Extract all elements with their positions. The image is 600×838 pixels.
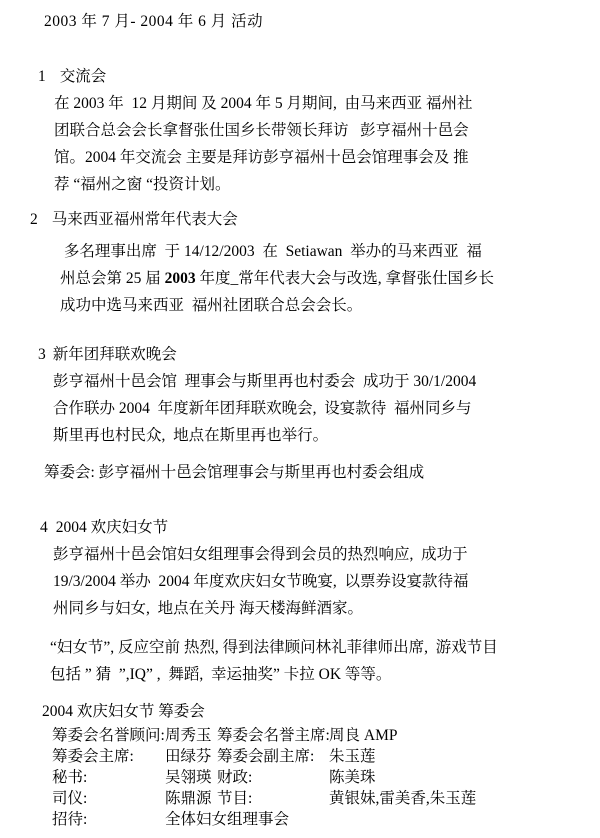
committee-role-name: 周秀玉: [165, 725, 217, 746]
section-3-heading: 3新年团拜联欢晚会: [0, 341, 600, 368]
section-3-title: 新年团拜联欢晚会: [53, 346, 177, 363]
committee-role-label: 筹委会名誉顾问:: [52, 725, 165, 746]
section-exchange-meeting: 1交流会 在 2003 年 12 月期间 及 2004 年 5 月期间, 由马来…: [0, 63, 600, 198]
section-4-paragraph: 彭亨福州十邑会馆妇女组理事会得到会员的热烈响应, 成功于 19/3/2004 举…: [53, 541, 600, 622]
committee-role-label: 节目:: [217, 788, 329, 809]
section-2-title: 马来西亚福州常年代表大会: [52, 211, 238, 228]
committee-role-label: 筹委会名誉主席:: [217, 725, 329, 746]
womens-day-response-note: “妇女节”, 反应空前 热烈, 得到法律顾问林礼菲律师出席, 游戏节目 包括 ”…: [50, 634, 600, 688]
section-1-paragraph: 在 2003 年 12 月期间 及 2004 年 5 月期间, 由马来西亚 福州…: [54, 90, 600, 198]
committee-role-label: 司仪:: [52, 788, 165, 809]
document-title: 2003 年 7 月- 2004 年 6 月 活动: [44, 8, 600, 35]
section-1-title: 交流会: [60, 68, 107, 85]
section-womens-day: 42004 欢庆妇女节 彭亨福州十邑会馆妇女组理事会得到会员的热烈响应, 成功于…: [0, 514, 600, 622]
section-2-paragraph: 多名理事出席 于 14/12/2003 在 Setiawan 举办的马来西亚 福…: [60, 238, 600, 319]
committee-title: 2004 欢庆妇女节 筹委会: [42, 702, 600, 722]
organizing-committee-note: 筹委会: 彭亨福州十邑会馆理事会与斯里再也村委会组成: [44, 459, 600, 486]
committee-role-label: 财政:: [217, 767, 329, 788]
committee-role-label: 招待:: [52, 809, 165, 830]
committee-role-name: 陈美珠: [329, 767, 600, 788]
section-4-number: 4: [40, 514, 48, 541]
committee-role-name: 全体妇女组理事会: [165, 809, 217, 830]
committee-role-name: 朱玉莲: [329, 746, 600, 767]
committee-table: 筹委会名誉顾问: 周秀玉 筹委会名誉主席: 周良 AMP 筹委会主席: 田绿芬 …: [52, 725, 600, 830]
section-1-heading: 1交流会: [0, 63, 600, 90]
committee-role-label: [217, 809, 329, 830]
section-new-year-gathering: 3新年团拜联欢晚会 彭亨福州十邑会馆 理事会与斯里再也村委会 成功于 30/1/…: [0, 341, 600, 449]
section-2-number: 2: [30, 206, 38, 233]
section-4-title: 2004 欢庆妇女节: [56, 519, 168, 536]
committee-role-name: 吴翎瑛: [165, 767, 217, 788]
section-3-number: 3: [38, 341, 46, 368]
committee-role-name: 黄银妹,雷美香,朱玉莲: [329, 788, 600, 809]
section-2-heading: 2马来西亚福州常年代表大会: [0, 206, 600, 233]
committee-role-name: 田绿芬: [165, 746, 217, 767]
committee-role-name: 陈鼎源: [165, 788, 217, 809]
section-2-text-bold-year: 2003: [165, 270, 196, 287]
document-page: 2003 年 7 月- 2004 年 6 月 活动 1交流会 在 2003 年 …: [0, 0, 600, 838]
committee-role-label: 筹委会主席:: [52, 746, 165, 767]
committee-section: 2004 欢庆妇女节 筹委会 筹委会名誉顾问: 周秀玉 筹委会名誉主席: 周良 …: [0, 702, 600, 830]
section-4-heading: 42004 欢庆妇女节: [0, 514, 600, 541]
committee-role-label: 秘书:: [52, 767, 165, 788]
section-1-number: 1: [38, 63, 46, 90]
committee-role-label: 筹委会副主席:: [217, 746, 329, 767]
section-3-paragraph: 彭亨福州十邑会馆 理事会与斯里再也村委会 成功于 30/1/2004 合作联办 …: [53, 368, 600, 449]
section-annual-delegates-conference: 2马来西亚福州常年代表大会 多名理事出席 于 14/12/2003 在 Seti…: [0, 206, 600, 319]
committee-role-name: 周良 AMP: [329, 725, 600, 746]
committee-role-name: [329, 809, 600, 830]
